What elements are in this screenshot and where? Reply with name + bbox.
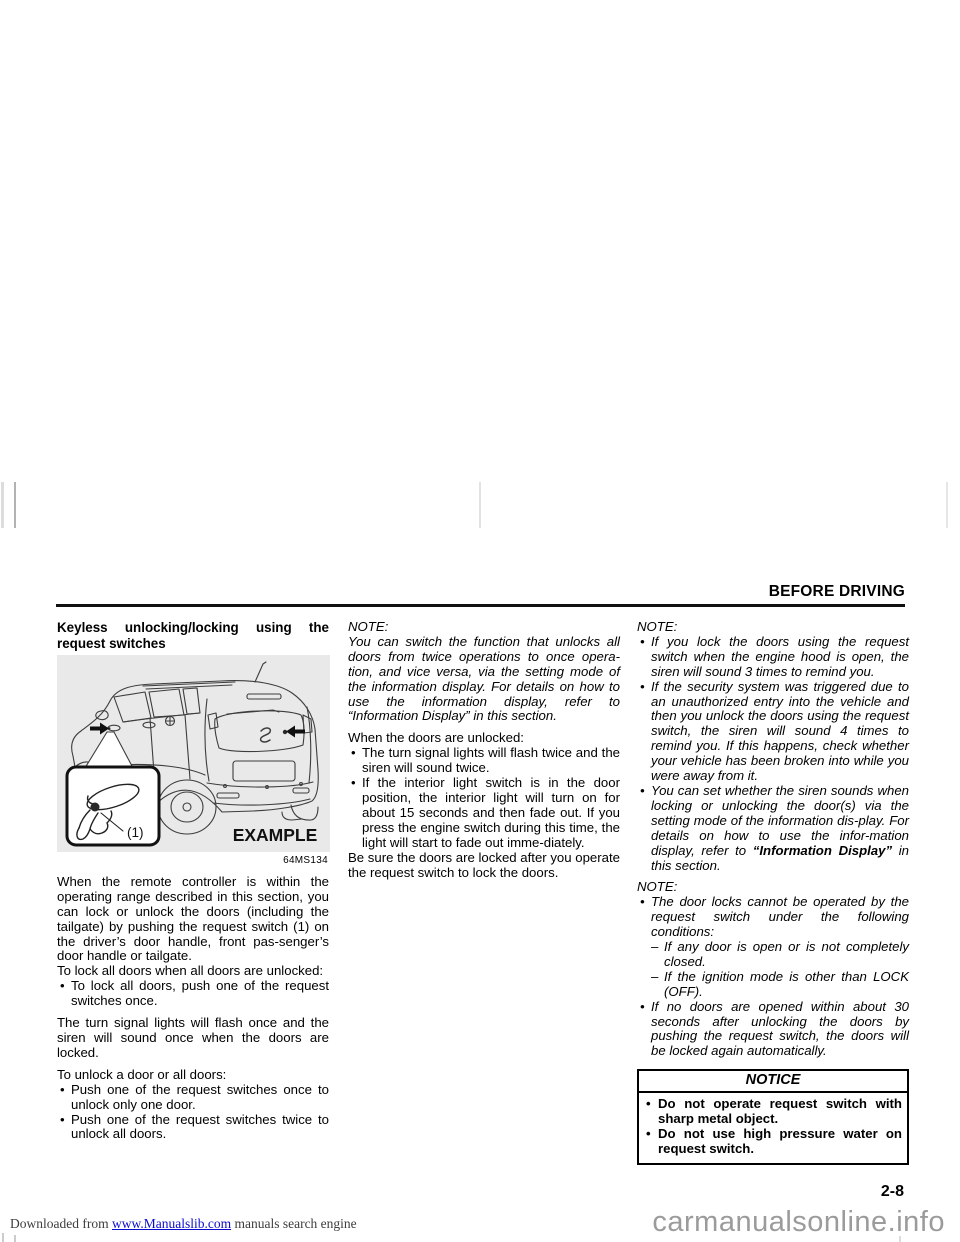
part-label: (1): [127, 825, 144, 840]
crop-mark: [14, 1235, 16, 1242]
topic-heading: Keyless unlocking/locking using the requ…: [57, 620, 329, 651]
para-lock-intro: To lock all doors when all doors are unl…: [57, 964, 329, 979]
car-illustration: (1) EXAMPLE: [57, 655, 330, 852]
list-item: You can set whether the siren sounds whe…: [637, 784, 909, 873]
list-item-text: If no doors are opened within about 30 s…: [651, 999, 909, 1059]
note-block: NOTE: The door locks cannot be operated …: [637, 880, 909, 1059]
list-item-text: Do not operate request switch with sharp…: [658, 1096, 902, 1126]
list-item-text: If you lock the doors using the request …: [651, 634, 909, 679]
footer-suffix: manuals search engine: [231, 1216, 357, 1231]
para-remote-controller: When the remote controller is within the…: [57, 875, 329, 964]
notice-box: NOTICE Do not operate request switch wit…: [637, 1069, 909, 1165]
list-item-text: Push one of the request switches twice t…: [71, 1112, 329, 1142]
tailgate-switch-dot: [283, 730, 287, 734]
list-item-text: If the interior light switch is in the d…: [362, 775, 620, 850]
request-switch-arrow-rear: [286, 726, 305, 738]
sub-list-item: If the ignition mode is other than LOCK …: [651, 970, 909, 1000]
crop-mark: [1, 482, 4, 528]
watermark: carmanualsonline.info: [652, 1206, 945, 1239]
list-item-text: If the ignition mode is other than LOCK …: [664, 969, 909, 999]
list-item: Do not operate request switch with sharp…: [643, 1097, 902, 1127]
list-item: If the interior light switch is in the d…: [348, 776, 620, 851]
para-unlocked-intro: When the doors are unlocked:: [348, 731, 620, 746]
figure-caption: 64MS134: [57, 854, 328, 869]
inset-box: [67, 767, 159, 845]
list-item-text: The door locks cannot be operated by the…: [651, 894, 909, 939]
crop-mark: [479, 482, 481, 528]
note-label: NOTE:: [348, 620, 620, 635]
note-body: You can switch the function that unlocks…: [348, 635, 620, 724]
list-item: Push one of the request switches once to…: [57, 1083, 329, 1113]
crop-mark: [2, 1233, 4, 1242]
manualslib-link[interactable]: www.Manualslib.com: [112, 1216, 231, 1231]
middle-column: NOTE: You can switch the function that u…: [348, 620, 620, 880]
list-item: If no doors are opened within about 30 s…: [637, 1000, 909, 1060]
list-item: The door locks cannot be operated by the…: [637, 895, 909, 940]
section-header: BEFORE DRIVING: [769, 583, 905, 601]
list-item-text: The turn signal lights will flash twice …: [362, 745, 620, 775]
list-item-text: If the security system was triggered due…: [651, 679, 909, 783]
example-label: EXAMPLE: [233, 825, 318, 845]
request-switch-button: [91, 803, 100, 812]
note-label: NOTE:: [637, 880, 909, 895]
list-item-text: To lock all doors, push one of the reque…: [71, 978, 329, 1008]
notice-title: NOTICE: [639, 1071, 907, 1093]
note-block: NOTE: You can switch the function that u…: [348, 620, 620, 724]
crop-mark: [946, 482, 948, 528]
page-number: 2-8: [881, 1183, 904, 1201]
footer-prefix: Downloaded from: [10, 1216, 112, 1231]
list-item: To lock all doors, push one of the reque…: [57, 979, 329, 1009]
manual-page: BEFORE DRIVING Keyless unlocking/locking…: [0, 0, 960, 1242]
para-turn-signal: The turn signal lights will flash once a…: [57, 1016, 329, 1061]
download-footer: Downloaded from www.Manualslib.com manua…: [10, 1216, 357, 1232]
emphasis-text: “Information Display”: [753, 843, 892, 858]
header-rule: [56, 604, 905, 607]
crop-mark: [14, 482, 16, 528]
list-item-text: Push one of the request switches once to…: [71, 1082, 329, 1112]
list-item-text: If any door is open or is not completely…: [664, 939, 909, 969]
list-item: Push one of the request switches twice t…: [57, 1113, 329, 1143]
list-item: The turn signal lights will flash twice …: [348, 746, 620, 776]
list-item: If the security system was triggered due…: [637, 680, 909, 784]
right-column: NOTE: If you lock the doors using the re…: [637, 620, 909, 1165]
list-item: Do not use high pressure water on reques…: [643, 1127, 902, 1157]
list-item-text: Do not use high pressure water on reques…: [658, 1126, 902, 1156]
sub-list-item: If any door is open or is not completely…: [651, 940, 909, 970]
note-block: NOTE: If you lock the doors using the re…: [637, 620, 909, 873]
list-item: If you lock the doors using the request …: [637, 635, 909, 680]
notice-body: Do not operate request switch with sharp…: [639, 1093, 907, 1163]
figure-keyless-switches: (1) EXAMPLE: [57, 655, 330, 852]
note-label: NOTE:: [637, 620, 909, 635]
left-column: Keyless unlocking/locking using the requ…: [57, 620, 329, 1142]
para-be-sure: Be sure the doors are locked after you o…: [348, 851, 620, 881]
para-unlock-intro: To unlock a door or all doors:: [57, 1068, 329, 1083]
